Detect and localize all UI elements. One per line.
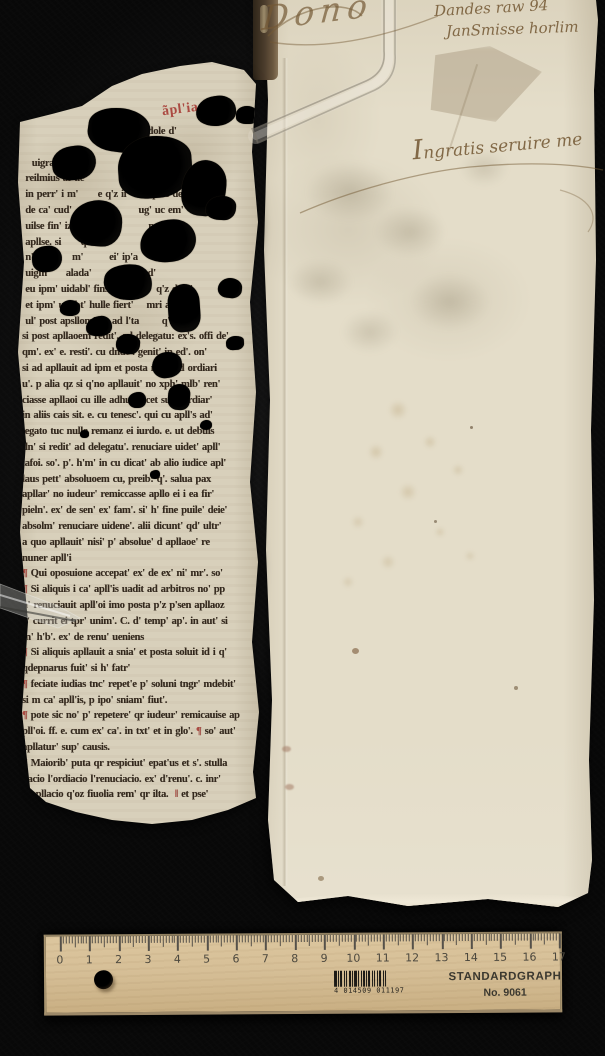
ruler-tick — [544, 934, 545, 945]
ruler-tick — [388, 934, 389, 941]
ruler-tick — [377, 935, 378, 942]
ruler-tick — [547, 934, 548, 941]
ruler-tick — [86, 936, 87, 943]
ruler-tick — [162, 936, 163, 947]
ruler-tick — [453, 934, 454, 941]
fragment-text-line: uilse fin' iz vou' n de' — [22, 219, 249, 235]
ruler-tick — [485, 934, 486, 945]
ruler-tick — [380, 935, 381, 942]
ruler-tick — [60, 936, 62, 951]
ruler-tick — [204, 936, 205, 943]
ruler-tick — [271, 935, 272, 942]
ruler-tick — [113, 936, 114, 943]
ruler-tick — [262, 935, 263, 942]
ruler-cm-number: 16 — [519, 951, 539, 964]
ruler-cm-number: 14 — [461, 951, 481, 964]
ruler-tick — [444, 934, 445, 941]
ruler-tick — [541, 934, 542, 941]
ruler-tick — [142, 936, 143, 943]
fragment-text-line: u'. p alia qz si q'no apllauit' no xph' … — [22, 377, 249, 393]
ruler-tick — [344, 935, 345, 942]
ruler-tick — [218, 936, 219, 943]
ruler-tick — [165, 936, 166, 943]
ruler-tick — [95, 936, 96, 943]
ruler-tick — [497, 934, 498, 941]
ruler-tick — [242, 935, 243, 942]
ruler-cm-number: 6 — [226, 952, 246, 965]
ruler-tick — [356, 935, 357, 942]
wormhole — [236, 106, 258, 124]
wormhole — [59, 299, 80, 316]
ruler-tick — [224, 935, 225, 942]
ruler-tick — [253, 935, 254, 942]
ruler-cm-number: 3 — [138, 953, 158, 966]
ruler-tick — [174, 936, 175, 943]
ruler-tick — [136, 936, 137, 943]
ruler-tick — [280, 935, 281, 946]
ruler-tick — [327, 935, 328, 942]
ruler-tick — [212, 936, 213, 943]
ruler-tick — [359, 935, 360, 942]
fragment-text-line: pacio l'ordiacio l'renuciacio. ex' d'ren… — [22, 772, 249, 788]
ruler-cm-number: 8 — [285, 952, 305, 965]
ruler-cm-number: 10 — [343, 952, 363, 965]
ruler-tick — [77, 936, 78, 943]
ruler-tick — [110, 936, 111, 943]
ruler-tick — [523, 934, 524, 941]
ruler-tick — [468, 934, 469, 941]
ruler-tick — [494, 934, 495, 941]
fragment-text-line: ¶ apllacio q'oz fiuolia rem' qr ilta. ‖ … — [22, 787, 249, 803]
ruler-tick — [315, 935, 316, 942]
ruler-cm-number: 0 — [50, 953, 70, 966]
ruler-tick — [295, 935, 297, 950]
deckle-edge-highlight — [298, 907, 575, 916]
ruler-tick — [124, 936, 125, 943]
ruler-cm-number: 12 — [402, 951, 422, 964]
ruler-tick — [83, 936, 84, 943]
ruler-tick — [151, 936, 152, 943]
ruler-tick — [230, 935, 231, 942]
ruler-tick — [118, 936, 120, 951]
ruler-tick — [207, 936, 209, 951]
brown-stain-dot — [352, 648, 359, 654]
ruler-tick — [432, 934, 433, 941]
ruler-tick — [157, 936, 158, 943]
wormhole — [167, 383, 191, 411]
fragment-text-line: in aliis cais sit. e. cu tenesc'. qui cu… — [22, 408, 249, 424]
ruler-tick — [529, 934, 531, 949]
ruler-tick — [92, 936, 93, 943]
wormhole — [205, 195, 236, 221]
ruler-tick — [488, 934, 489, 941]
barcode-digits: 4 014509 011197 — [334, 986, 420, 995]
ruler-tick — [471, 934, 473, 949]
ruler-tick — [532, 934, 533, 941]
ruler-tick — [462, 934, 463, 941]
wormhole — [115, 333, 140, 355]
ink-speck — [434, 520, 437, 523]
ruler-brand: STANDARDGRAPH — [430, 970, 580, 983]
ruler-tick — [297, 935, 298, 942]
ruler-tick — [104, 936, 105, 947]
ruler-tick — [312, 935, 313, 942]
ruler-tick — [239, 935, 240, 942]
ruler-tick — [154, 936, 155, 943]
ruler-tick — [391, 934, 392, 941]
ruler-tick — [133, 936, 134, 947]
ruler-tick — [227, 935, 228, 942]
ruler-tick — [248, 935, 249, 942]
ruler-tick — [371, 935, 372, 942]
ruler-tick — [365, 935, 366, 942]
ruler-tick — [526, 934, 527, 941]
ruler-tick — [421, 934, 422, 941]
ruler-tick — [447, 934, 448, 941]
ruler-tick — [201, 936, 202, 943]
fold-crease — [282, 58, 288, 886]
fragment-text-line: apllatur' sup' causis. — [22, 740, 249, 756]
ruler-tick — [477, 934, 478, 941]
deckle-edge — [278, 894, 591, 912]
ruler-tick — [245, 935, 246, 942]
ruler-tick — [435, 934, 436, 941]
fragment-text-line: iafoi. so'. p'. h'm' in cu dicat' ab ali… — [22, 456, 249, 472]
ruler-tick — [139, 936, 140, 943]
ruler-cm-number: 1 — [79, 953, 99, 966]
red-rubric: ãpl'ia — [161, 100, 199, 120]
ruler-tick — [303, 935, 304, 942]
ruler-tick — [330, 935, 331, 942]
ruler-tick — [98, 936, 99, 943]
ruler-tick — [300, 935, 301, 942]
ruler-hanging-hole — [94, 970, 113, 989]
fragment-text-line: y' currit ei tpr' unim'. C. d' temp' ap'… — [22, 614, 249, 630]
ruler-cm-number: 5 — [197, 953, 217, 966]
ruler-tick — [512, 934, 513, 941]
ruler-tick — [553, 933, 554, 940]
ruler-model-number: No. 9061 — [430, 986, 580, 999]
ruler-tick — [479, 934, 480, 941]
ruler-tick — [160, 936, 161, 943]
ruler-tick — [283, 935, 284, 942]
ruler-cm-number: 13 — [431, 951, 451, 964]
ruler-tick-marks — [46, 933, 560, 936]
ruler-tick — [69, 936, 70, 943]
ruler-tick — [374, 935, 375, 942]
ruler-tick — [233, 935, 234, 942]
ruler-tick — [386, 934, 387, 941]
ruler-tick — [236, 935, 238, 950]
ruler-tick — [274, 935, 275, 942]
manuscript-fragment: ãpl'ia p s'radole d' me. si ap uigra au'… — [12, 62, 264, 828]
ruler-tick — [465, 934, 466, 941]
ruler-tick — [509, 934, 510, 941]
ruler-tick — [277, 935, 278, 942]
ruler-tick — [515, 934, 516, 945]
ruler-cm-number: 15 — [490, 951, 510, 964]
fragment-text-line: ¶ feciate iudias tnc' repet'e p' soluni … — [22, 677, 249, 693]
ruler-tick — [183, 936, 184, 943]
ruler-tick — [409, 934, 410, 941]
ruler-tick — [339, 935, 340, 946]
fragment-text-line: dn' si redit' ad delegatu'. renuciare ui… — [22, 440, 249, 456]
sewing-nick — [282, 746, 291, 752]
ruler-tick — [500, 934, 502, 949]
ruler: 01234567891011121314151617 4 014509 0111… — [44, 931, 562, 1015]
fragment-text-line: ¶ Si aliquis apllauit a snia' et posta s… — [22, 645, 249, 661]
ruler-tick — [383, 935, 385, 950]
ruler-tick — [215, 936, 216, 943]
ruler-tick — [309, 935, 310, 946]
ruler-tick — [66, 936, 67, 943]
ruler-tick — [74, 936, 75, 947]
fragment-text-line: absolm' renuciare uidene'. alii dicunt' … — [22, 519, 249, 535]
fragment-text-block: p s'radole d' me. si ap uigra au' qd' ad… — [22, 124, 249, 803]
fragment-text-line: et ipm' udabt' hulle fiert' mri al' re' — [22, 298, 249, 314]
fragment-text-line: ¶ Si aliquis i ca' apll'is uadit ad arbi… — [22, 582, 249, 598]
fragment-text-line: ¶ pote sic no' p' repetere' qr iudeur' r… — [22, 708, 249, 724]
ruler-tick — [80, 936, 81, 943]
ruler-tick — [430, 934, 431, 941]
ruler-cm-number: 2 — [109, 953, 129, 966]
ruler-tick — [506, 934, 507, 941]
wormhole — [166, 283, 201, 333]
wormhole — [150, 470, 160, 479]
ruler-tick — [559, 933, 561, 948]
ruler-tick — [116, 936, 117, 943]
fragment-text-line: qdepnarus fuit' si h' fatr' — [22, 661, 249, 677]
ruler-tick — [318, 935, 319, 942]
ruler-tick — [400, 934, 401, 941]
ruler-cm-number: 4 — [167, 953, 187, 966]
ruler-tick — [63, 936, 64, 943]
fragment-surface: ãpl'ia p s'radole d' me. si ap uigra au'… — [12, 62, 264, 828]
ruler-cm-number: 17 — [549, 950, 569, 963]
ruler-tick — [538, 934, 539, 941]
ruler-tick — [406, 934, 407, 941]
sewing-nick — [285, 784, 294, 790]
ruler-tick — [535, 934, 536, 941]
ruler-tick — [459, 934, 460, 941]
ruler-tick — [503, 934, 504, 941]
ruler-tick — [333, 935, 334, 942]
fragment-text-line: pll'oi. ff. e. cum ex' ca'. in txt' et i… — [22, 724, 249, 740]
ruler-tick — [177, 936, 179, 951]
ruler-tick — [350, 935, 351, 942]
ruler-tick — [521, 934, 522, 941]
ink-speck — [470, 426, 473, 429]
ruler-tick — [403, 934, 404, 941]
ruler-cm-number: 11 — [373, 951, 393, 964]
ruler-tick — [268, 935, 269, 942]
ruler-tick — [394, 934, 395, 941]
ruler-tick — [251, 935, 252, 946]
fragment-text-line: pieln'. ex' de sen' ex' fam'. si' h' fin… — [22, 503, 249, 519]
ruler-tick — [289, 935, 290, 942]
ruler-tick — [424, 934, 425, 941]
ruler-tick — [491, 934, 492, 941]
ruler-tick — [107, 936, 108, 943]
ruler-tick — [415, 934, 416, 941]
fragment-text-line: si ad apllauit ad ipm et posta redit ad … — [22, 361, 249, 377]
brown-stain-dot — [318, 876, 324, 881]
ruler-tick — [427, 934, 428, 945]
ruler-tick — [456, 934, 457, 945]
ruler-tick — [418, 934, 419, 941]
fragment-text-line: tn' h'b'. ex' de renu' ueniens — [22, 630, 249, 646]
ruler-tick — [321, 935, 322, 942]
wormhole — [195, 94, 238, 128]
ruler-tick — [265, 935, 267, 950]
fragment-text-line: nuner apll'i — [22, 551, 249, 567]
ruler-tick — [127, 936, 128, 943]
ruler-tick — [324, 935, 326, 950]
ruler-tick — [306, 935, 307, 942]
ruler-tick — [130, 936, 131, 943]
ruler-tick — [145, 936, 146, 943]
ruler-tick — [221, 935, 222, 946]
ruler-tick — [198, 936, 199, 943]
ruler-tick — [192, 936, 193, 947]
fragment-text-line: legato tuc nulla remanz ei iurdo. e. ut … — [22, 424, 249, 440]
wormhole — [128, 392, 146, 408]
photo-stage: Dono Dandes raw 94 JanSmisse horlim Ingr… — [0, 0, 605, 1056]
ruler-tick — [171, 936, 172, 943]
ruler-tick — [441, 934, 443, 949]
wormhole — [80, 430, 89, 438]
fragment-text-line: apllar' no iudeur' remiccasse apllo ei i… — [22, 487, 249, 503]
ruler-tick — [101, 936, 102, 943]
ruler-tick — [256, 935, 257, 942]
ruler-cm-number: 7 — [255, 952, 275, 965]
ruler-tick — [368, 935, 369, 946]
ruler-tick — [412, 934, 414, 949]
barcode-gap — [386, 970, 389, 986]
ruler-tick — [347, 935, 348, 942]
ruler-tick — [482, 934, 483, 941]
ruler-tick — [259, 935, 260, 942]
ruler-tick — [72, 936, 73, 943]
fragment-text-line: si m ca' apll'is, p ipo' sniam' fiut'. — [22, 693, 249, 709]
ruler-tick — [397, 934, 398, 945]
fragment-text-line: h' renuciauit apll'oi imo posta p'z p'se… — [22, 598, 249, 614]
ruler-tick — [353, 935, 355, 950]
ruler-cm-number: 9 — [314, 952, 334, 965]
ruler-tick — [342, 935, 343, 942]
ruler-tick — [518, 934, 519, 941]
ruler-tick — [180, 936, 181, 943]
ruler-tick — [186, 936, 187, 943]
ruler-tick — [556, 933, 557, 940]
ruler-tick — [336, 935, 337, 942]
ruler-tick — [89, 936, 91, 951]
ruler-tick — [168, 936, 169, 943]
ruler-tick — [292, 935, 293, 942]
fragment-text-line: laus pett' absoluoem cu, preib: q'. salu… — [22, 472, 249, 488]
fragment-text-line: ¶ Qui oposuione accepat' ex' de ex' ni' … — [22, 566, 249, 582]
ruler-tick — [209, 936, 210, 943]
ruler-tick — [362, 935, 363, 942]
barcode-bars — [334, 970, 420, 987]
ruler-tick — [474, 934, 475, 941]
fragment-text-line: ¶ Maiorib' puta qr respiciut' epat'us et… — [22, 756, 249, 772]
ruler-tick — [195, 936, 196, 943]
ruler-tick — [286, 935, 287, 942]
barcode: 4 014509 011197 — [334, 970, 420, 995]
ruler-tick — [450, 934, 451, 941]
ruler-tick — [189, 936, 190, 943]
wormhole — [200, 420, 212, 430]
ruler-tick — [438, 934, 439, 941]
ruler-tick — [148, 936, 150, 951]
ruler-tick — [121, 936, 122, 943]
ruler-tick — [550, 933, 551, 940]
fragment-text-line: ul' post apsllom' qz ad l'ta q'z dn' — [22, 314, 249, 330]
ink-speck — [514, 686, 518, 690]
fragment-text-line: a quo apllauit' nisi' p' absolue' d apll… — [22, 535, 249, 551]
